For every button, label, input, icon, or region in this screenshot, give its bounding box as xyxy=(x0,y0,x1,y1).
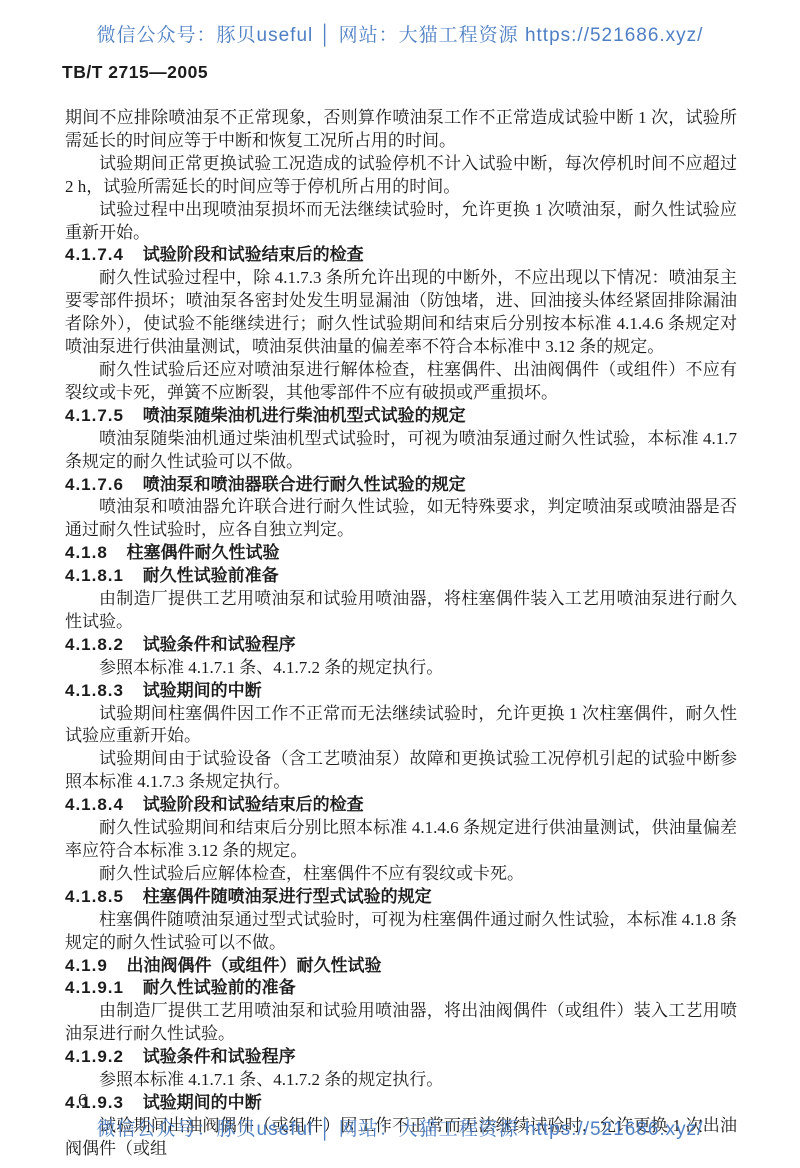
page-number: 6 xyxy=(78,1090,87,1111)
section-heading: 4.1.8.3试验期间的中断 xyxy=(65,680,737,703)
section-heading: 4.1.9.1耐久性试验前的准备 xyxy=(65,977,737,1000)
section-title: 试验期间的中断 xyxy=(143,681,262,700)
section-heading: 4.1.8柱塞偶件耐久性试验 xyxy=(65,542,737,565)
paragraph: 参照本标准 4.1.7.1 条、4.1.7.2 条的规定执行。 xyxy=(65,1069,737,1092)
paragraph: 耐久性试验后应解体检查，柱塞偶件不应有裂纹或卡死。 xyxy=(65,863,737,886)
section-number: 4.1.8.1 xyxy=(65,566,124,585)
section-title: 耐久性试验前准备 xyxy=(143,566,279,585)
section-heading: 4.1.9.3试验期间的中断 xyxy=(65,1092,737,1115)
paragraph: 喷油泵和喷油器允许联合进行耐久性试验，如无特殊要求，判定喷油泵或喷油器是否通过耐… xyxy=(65,496,737,542)
section-number: 4.1.7.5 xyxy=(65,406,124,425)
doc-number: TB/T 2715—2005 xyxy=(62,62,208,83)
section-heading: 4.1.9出油阀偶件（或组件）耐久性试验 xyxy=(65,955,737,978)
section-title: 柱塞偶件随喷油泵进行型式试验的规定 xyxy=(143,887,432,906)
paragraph: 试验期间正常更换试验工况造成的试验停机不计入试验中断，每次停机时间不应超过 2 … xyxy=(65,153,737,199)
paragraph: 试验期间柱塞偶件因工作不正常而无法继续试验时，允许更换 1 次柱塞偶件，耐久性试… xyxy=(65,703,737,749)
paragraph: 喷油泵随柴油机通过柴油机型式试验时，可视为喷油泵通过耐久性试验，本标准 4.1.… xyxy=(65,428,737,474)
section-title: 试验条件和试验程序 xyxy=(143,1047,296,1066)
header-watermark: 微信公众号：豚贝useful │ 网站：大猫工程资源 https://52168… xyxy=(0,20,800,47)
section-number: 4.1.8.4 xyxy=(65,795,124,814)
section-number: 4.1.7.6 xyxy=(65,475,124,494)
section-number: 4.1.9.3 xyxy=(65,1093,124,1112)
section-title: 柱塞偶件耐久性试验 xyxy=(127,543,280,562)
document-body: 期间不应排除喷油泵不正常现象，否则算作喷油泵工作不正常造成试验中断 1 次，试验… xyxy=(65,107,737,1161)
section-number: 4.1.7.4 xyxy=(65,245,124,264)
section-number: 4.1.8 xyxy=(65,543,108,562)
section-heading: 4.1.7.6喷油泵和喷油器联合进行耐久性试验的规定 xyxy=(65,474,737,497)
section-heading: 4.1.9.2试验条件和试验程序 xyxy=(65,1046,737,1069)
section-heading: 4.1.8.2试验条件和试验程序 xyxy=(65,634,737,657)
section-heading: 4.1.7.5喷油泵随柴油机进行柴油机型式试验的规定 xyxy=(65,405,737,428)
section-title: 喷油泵随柴油机进行柴油机型式试验的规定 xyxy=(143,406,466,425)
section-title: 耐久性试验前的准备 xyxy=(143,978,296,997)
section-number: 4.1.9.2 xyxy=(65,1047,124,1066)
section-title: 试验期间的中断 xyxy=(143,1093,262,1112)
section-number: 4.1.8.3 xyxy=(65,681,124,700)
paragraph: 试验期间由于试验设备（含工艺喷油泵）故障和更换试验工况停机引起的试验中断参照本标… xyxy=(65,748,737,794)
paragraph: 耐久性试验期间和结束后分别比照本标准 4.1.4.6 条规定进行供油量测试，供油… xyxy=(65,817,737,863)
section-heading: 4.1.8.5柱塞偶件随喷油泵进行型式试验的规定 xyxy=(65,886,737,909)
section-number: 4.1.8.5 xyxy=(65,887,124,906)
section-title: 出油阀偶件（或组件）耐久性试验 xyxy=(127,956,382,975)
footer-watermark: 微信公众号：豚贝useful │ 网站：大猫工程资源 https://52168… xyxy=(0,1114,800,1141)
paragraph: 由制造厂提供工艺用喷油泵和试验用喷油器，将柱塞偶件装入工艺用喷油泵进行耐久性试验… xyxy=(65,588,737,634)
section-heading: 4.1.7.4试验阶段和试验结束后的检查 xyxy=(65,244,737,267)
section-number: 4.1.9.1 xyxy=(65,978,124,997)
section-heading: 4.1.8.4试验阶段和试验结束后的检查 xyxy=(65,794,737,817)
paragraph: 参照本标准 4.1.7.1 条、4.1.7.2 条的规定执行。 xyxy=(65,657,737,680)
section-number: 4.1.9 xyxy=(65,956,108,975)
paragraph: 由制造厂提供工艺用喷油泵和试验用喷油器，将出油阀偶件（或组件）装入工艺用喷油泵进… xyxy=(65,1000,737,1046)
section-heading: 4.1.8.1耐久性试验前准备 xyxy=(65,565,737,588)
paragraph: 耐久性试验过程中，除 4.1.7.3 条所允许出现的中断外，不应出现以下情况：喷… xyxy=(65,267,737,359)
paragraph: 耐久性试验后还应对喷油泵进行解体检查，柱塞偶件、出油阀偶件（或组件）不应有裂纹或… xyxy=(65,359,737,405)
paragraph: 试验过程中出现喷油泵损坏而无法继续试验时，允许更换 1 次喷油泵，耐久性试验应重… xyxy=(65,199,737,245)
section-title: 试验条件和试验程序 xyxy=(143,635,296,654)
section-title: 试验阶段和试验结束后的检查 xyxy=(143,795,364,814)
section-title: 喷油泵和喷油器联合进行耐久性试验的规定 xyxy=(143,475,466,494)
paragraph: 柱塞偶件随喷油泵通过型式试验时，可视为柱塞偶件通过耐久性试验，本标准 4.1.8… xyxy=(65,909,737,955)
section-number: 4.1.8.2 xyxy=(65,635,124,654)
paragraph: 期间不应排除喷油泵不正常现象，否则算作喷油泵工作不正常造成试验中断 1 次，试验… xyxy=(65,107,737,153)
section-title: 试验阶段和试验结束后的检查 xyxy=(143,245,364,264)
